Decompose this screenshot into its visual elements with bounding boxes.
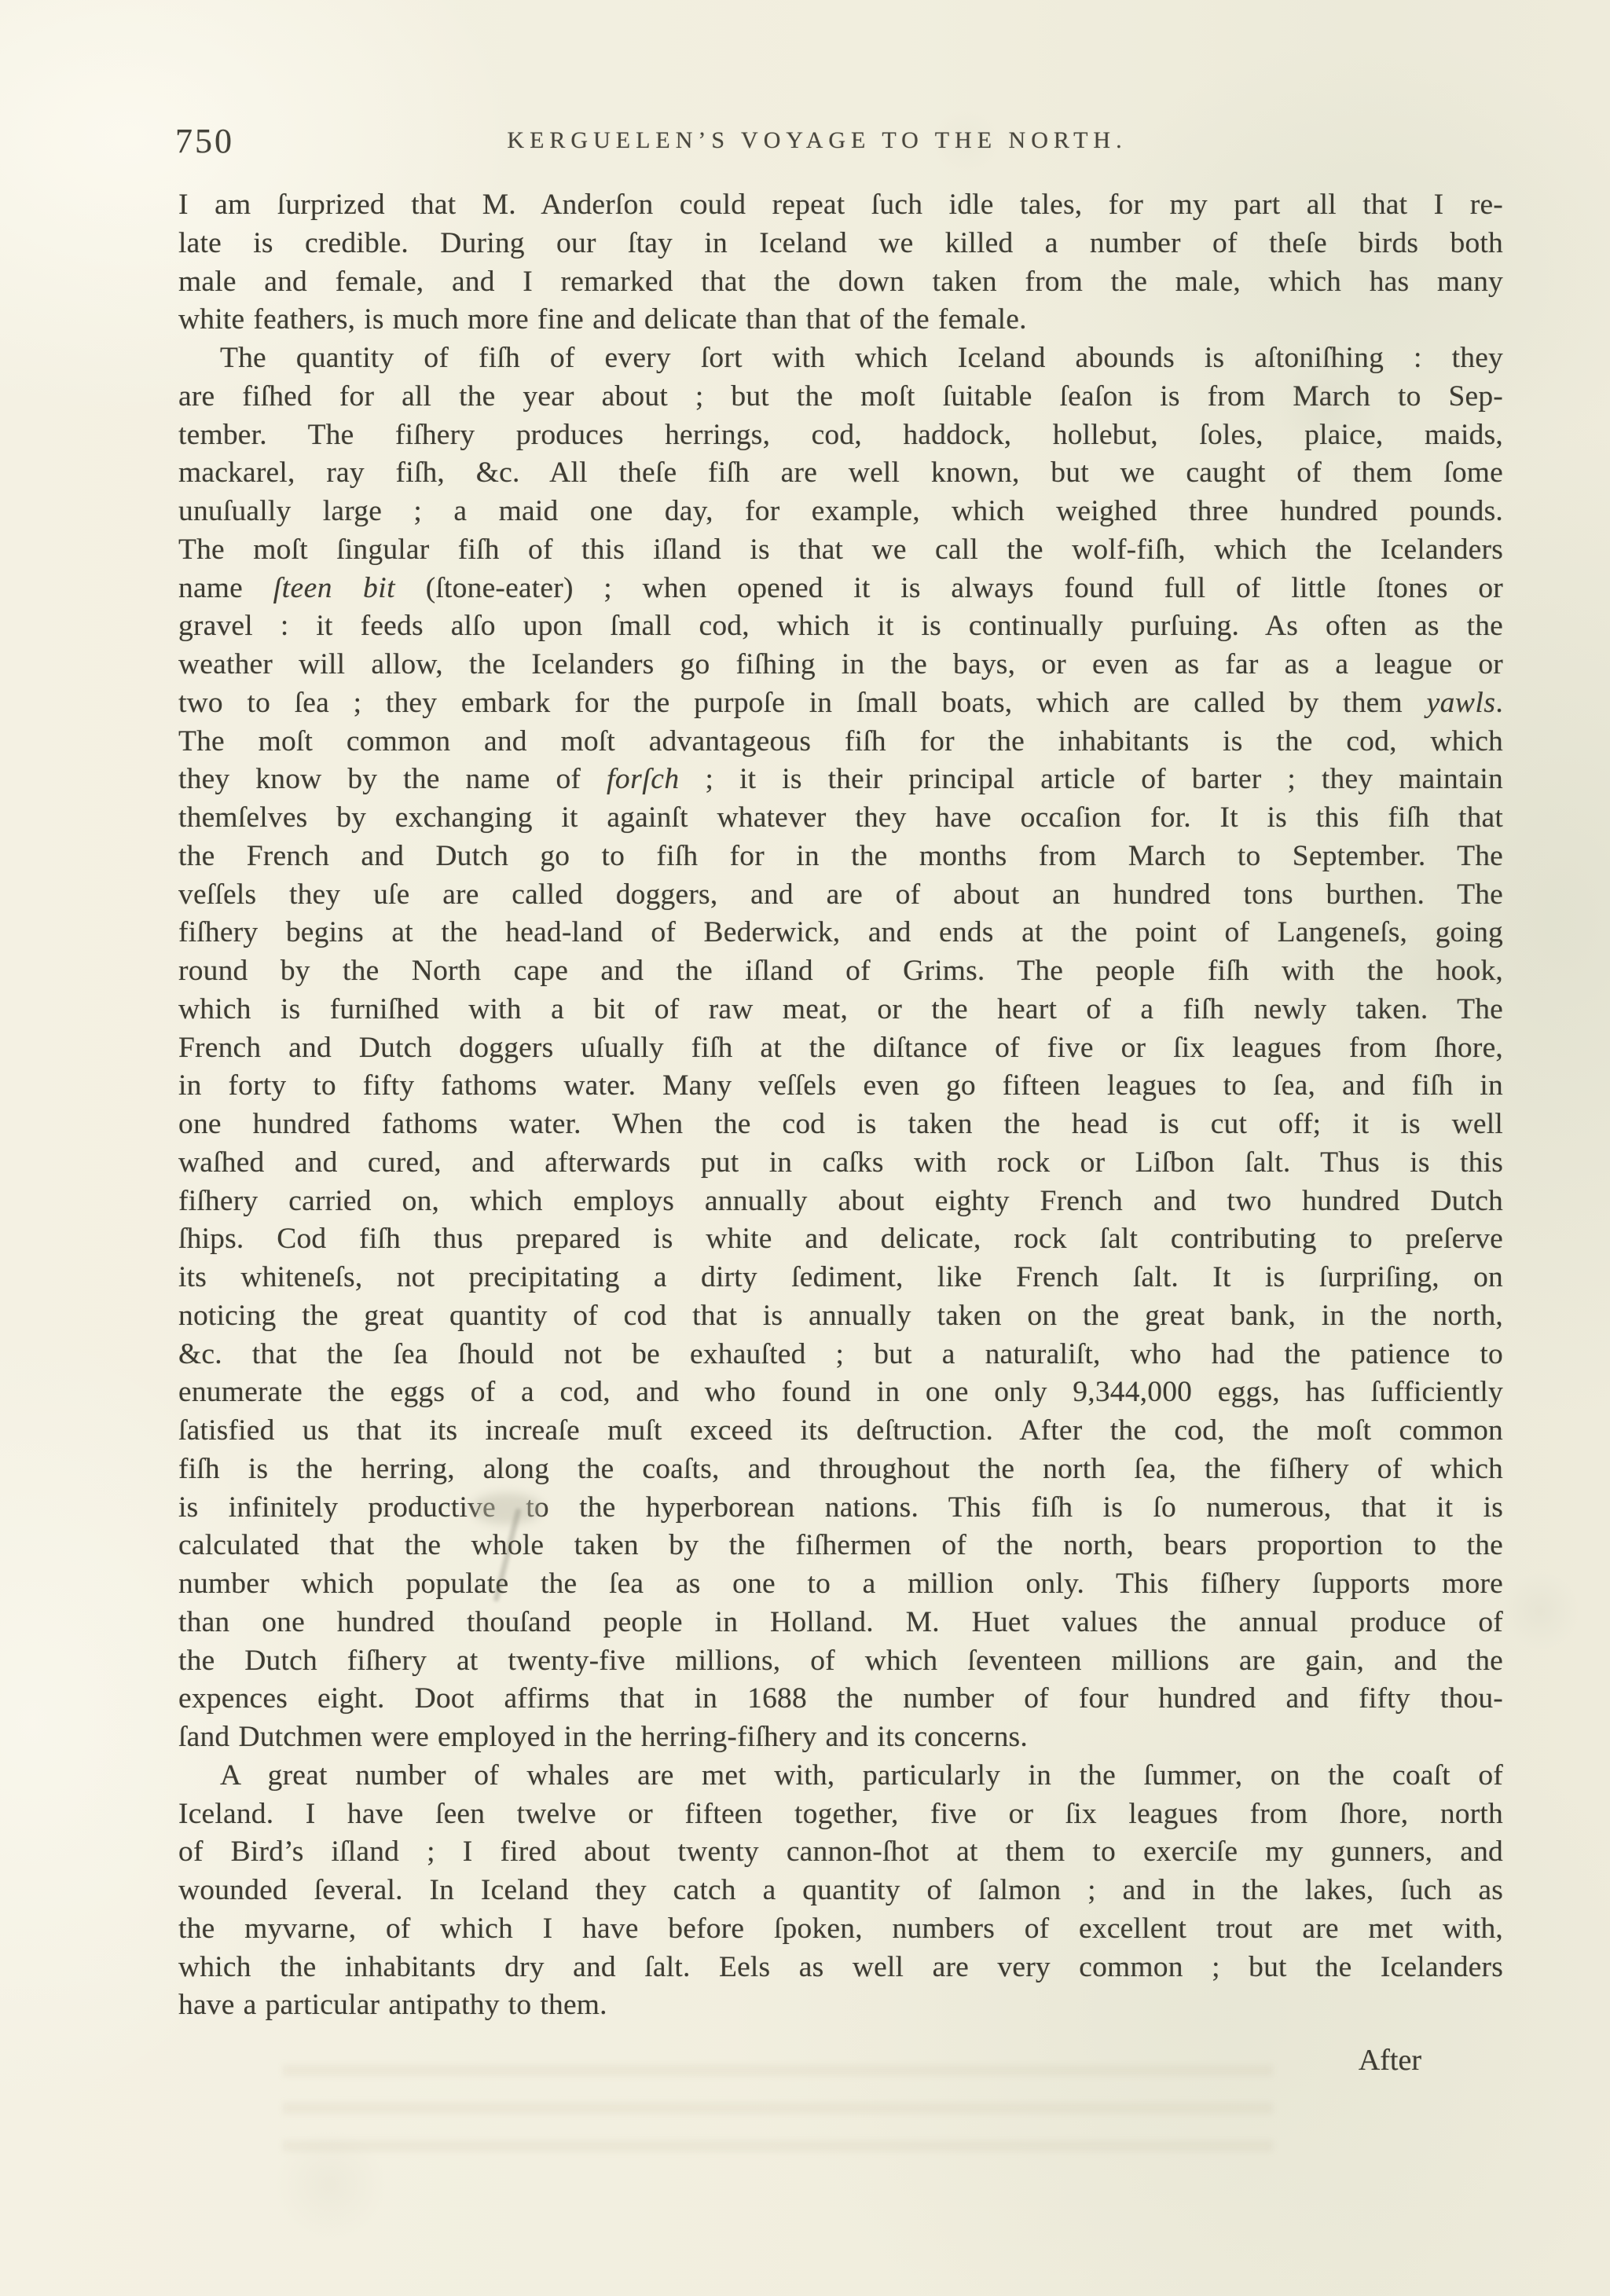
text-line: than one hundred thouſand people in Holl… <box>178 1604 1503 1642</box>
text-line: are fiſhed for all the year about ; but … <box>178 378 1503 416</box>
text-line: the Dutch fiſhery at twenty-five million… <box>178 1642 1503 1681</box>
text-line: weather will allow, the Icelanders go fi… <box>178 646 1503 684</box>
text-line: The quantity of fiſh of every ſort with … <box>178 339 1503 378</box>
paragraph: The quantity of fiſh of every ſort with … <box>178 339 1503 1757</box>
page-header: 750 KERGUELEN’S VOYAGE TO THE NORTH. <box>178 119 1503 167</box>
text-line: French and Dutch doggers uſually fiſh at… <box>178 1029 1503 1068</box>
italic-term: forſch <box>607 763 680 795</box>
text-line: The moſt ſingular fiſh of this iſland is… <box>178 531 1503 570</box>
text-line: white feathers, is much more fine and de… <box>178 301 1503 339</box>
text-line: I am ſurprized that M. Anderſon could re… <box>178 186 1503 225</box>
running-title: KERGUELEN’S VOYAGE TO THE NORTH. <box>507 127 1127 154</box>
text-line: in forty to fifty fathoms water. Many ve… <box>178 1067 1503 1106</box>
text-line: enumerate the eggs of a cod, and who fou… <box>178 1374 1503 1412</box>
text-line: late is credible. During our ſtay in Ice… <box>178 225 1503 263</box>
text-line: waſhed and cured, and afterwards put in … <box>178 1144 1503 1183</box>
text-line: fiſhery begins at the head-land of Beder… <box>178 914 1503 952</box>
text-line: have a particular antipathy to them. <box>178 1986 1503 2025</box>
text-line: its whiteneſs, not precipitating a dirty… <box>178 1259 1503 1297</box>
text-line: which is furniſhed with a bit of raw mea… <box>178 991 1503 1029</box>
paragraph: I am ſurprized that M. Anderſon could re… <box>178 186 1503 339</box>
text-line: The moſt common and moſt advantageous fi… <box>178 723 1503 761</box>
text-line: wounded ſeveral. In Iceland they catch a… <box>178 1872 1503 1910</box>
text-line: ſand Dutchmen were employed in the herri… <box>178 1718 1503 1757</box>
catchword: After <box>1359 2043 1421 2078</box>
text-line: Iceland. I have ſeen twelve or fifteen t… <box>178 1795 1503 1834</box>
text-line: ſhips. Cod fiſh thus prepared is white a… <box>178 1220 1503 1259</box>
text-line: fiſh is the herring, along the coaſts, a… <box>178 1451 1503 1489</box>
page-number: 750 <box>175 121 234 161</box>
text-line: the French and Dutch go to fiſh for in t… <box>178 838 1503 876</box>
text-line: is infinitely productive to the hyperbor… <box>178 1489 1503 1528</box>
text-line: themſelves by exchanging it againſt what… <box>178 799 1503 838</box>
show-through-ghost <box>283 2057 1273 2151</box>
text-line: tember. The fiſhery produces herrings, c… <box>178 416 1503 455</box>
italic-term: yawls <box>1427 687 1496 719</box>
text-line: number which populate the ſea as one to … <box>178 1565 1503 1604</box>
text-line: veſſels they uſe are called doggers, and… <box>178 876 1503 915</box>
text-line: name ſteen bit (ſtone-eater) ; when open… <box>178 570 1503 608</box>
page-body: I am ſurprized that M. Anderſon could re… <box>178 186 1503 2025</box>
text-line: calculated that the whole taken by the f… <box>178 1527 1503 1565</box>
text-line: noticing the great quantity of cod that … <box>178 1297 1503 1336</box>
paragraph: A great number of whales are met with, p… <box>178 1757 1503 2025</box>
text-line: which the inhabitants dry and ſalt. Eels… <box>178 1949 1503 1987</box>
text-line: gravel : it feeds alſo upon ſmall cod, w… <box>178 607 1503 646</box>
text-line: two to ſea ; they embark for the purpoſe… <box>178 684 1503 723</box>
text-line: one hundred fathoms water. When the cod … <box>178 1106 1503 1144</box>
book-page: 750 KERGUELEN’S VOYAGE TO THE NORTH. I a… <box>0 0 1610 2296</box>
text-line: expences eight. Doot affirms that in 168… <box>178 1680 1503 1718</box>
text-line: round by the North cape and the iſland o… <box>178 952 1503 991</box>
text-line: A great number of whales are met with, p… <box>178 1757 1503 1795</box>
text-line: unuſually large ; a maid one day, for ex… <box>178 493 1503 531</box>
text-line: &c. that the ſea ſhould not be exhauſted… <box>178 1336 1503 1374</box>
text-line: the myvarne, of which I have before ſpok… <box>178 1910 1503 1949</box>
text-line: male and female, and I remarked that the… <box>178 263 1503 302</box>
text-line: ſatisfied us that its increaſe muſt exce… <box>178 1412 1503 1451</box>
text-line: mackarel, ray fiſh, &c. All theſe fiſh a… <box>178 454 1503 493</box>
text-line: fiſhery carried on, which employs annual… <box>178 1183 1503 1221</box>
text-line: of Bird’s iſland ; I fired about twenty … <box>178 1833 1503 1872</box>
italic-term: ſteen bit <box>273 572 395 604</box>
text-line: they know by the name of forſch ; it is … <box>178 761 1503 799</box>
